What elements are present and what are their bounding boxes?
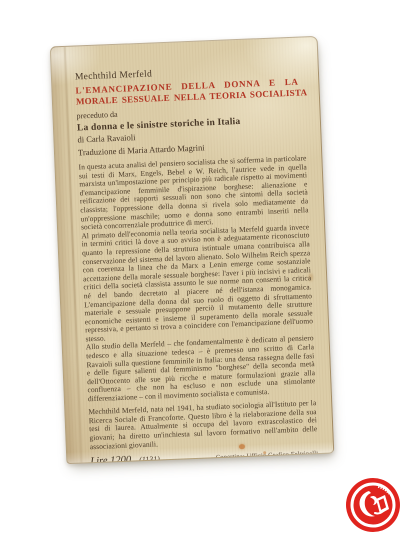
catalog-number: (1131) xyxy=(139,455,160,465)
back-cover-blurb: In questa acuta analisi del pensiero soc… xyxy=(78,154,317,451)
blurb-paragraph: Al primato dell'economia nella teoria so… xyxy=(81,223,313,344)
cover-text-block: Mechthild Merfeld L'EMANCIPAZIONE DELLA … xyxy=(51,37,333,463)
product-photo: Mechthild Merfeld L'EMANCIPAZIONE DELLA … xyxy=(0,0,416,555)
book-back-cover: Mechthild Merfeld L'EMANCIPAZIONE DELLA … xyxy=(50,36,335,464)
blurb-paragraph: Allo studio della Merfeld – che fondamen… xyxy=(86,335,316,404)
price-group: Lire 1200 (1131) xyxy=(90,449,160,465)
price-label: Lire 1200 xyxy=(90,455,131,464)
cover-design-credit: Copertina: Ufficio Grafico Feltrinelli xyxy=(216,450,319,461)
blurb-paragraph: In questa acuta analisi del pensiero soc… xyxy=(78,154,309,232)
seller-stamp-logo xyxy=(345,477,401,533)
